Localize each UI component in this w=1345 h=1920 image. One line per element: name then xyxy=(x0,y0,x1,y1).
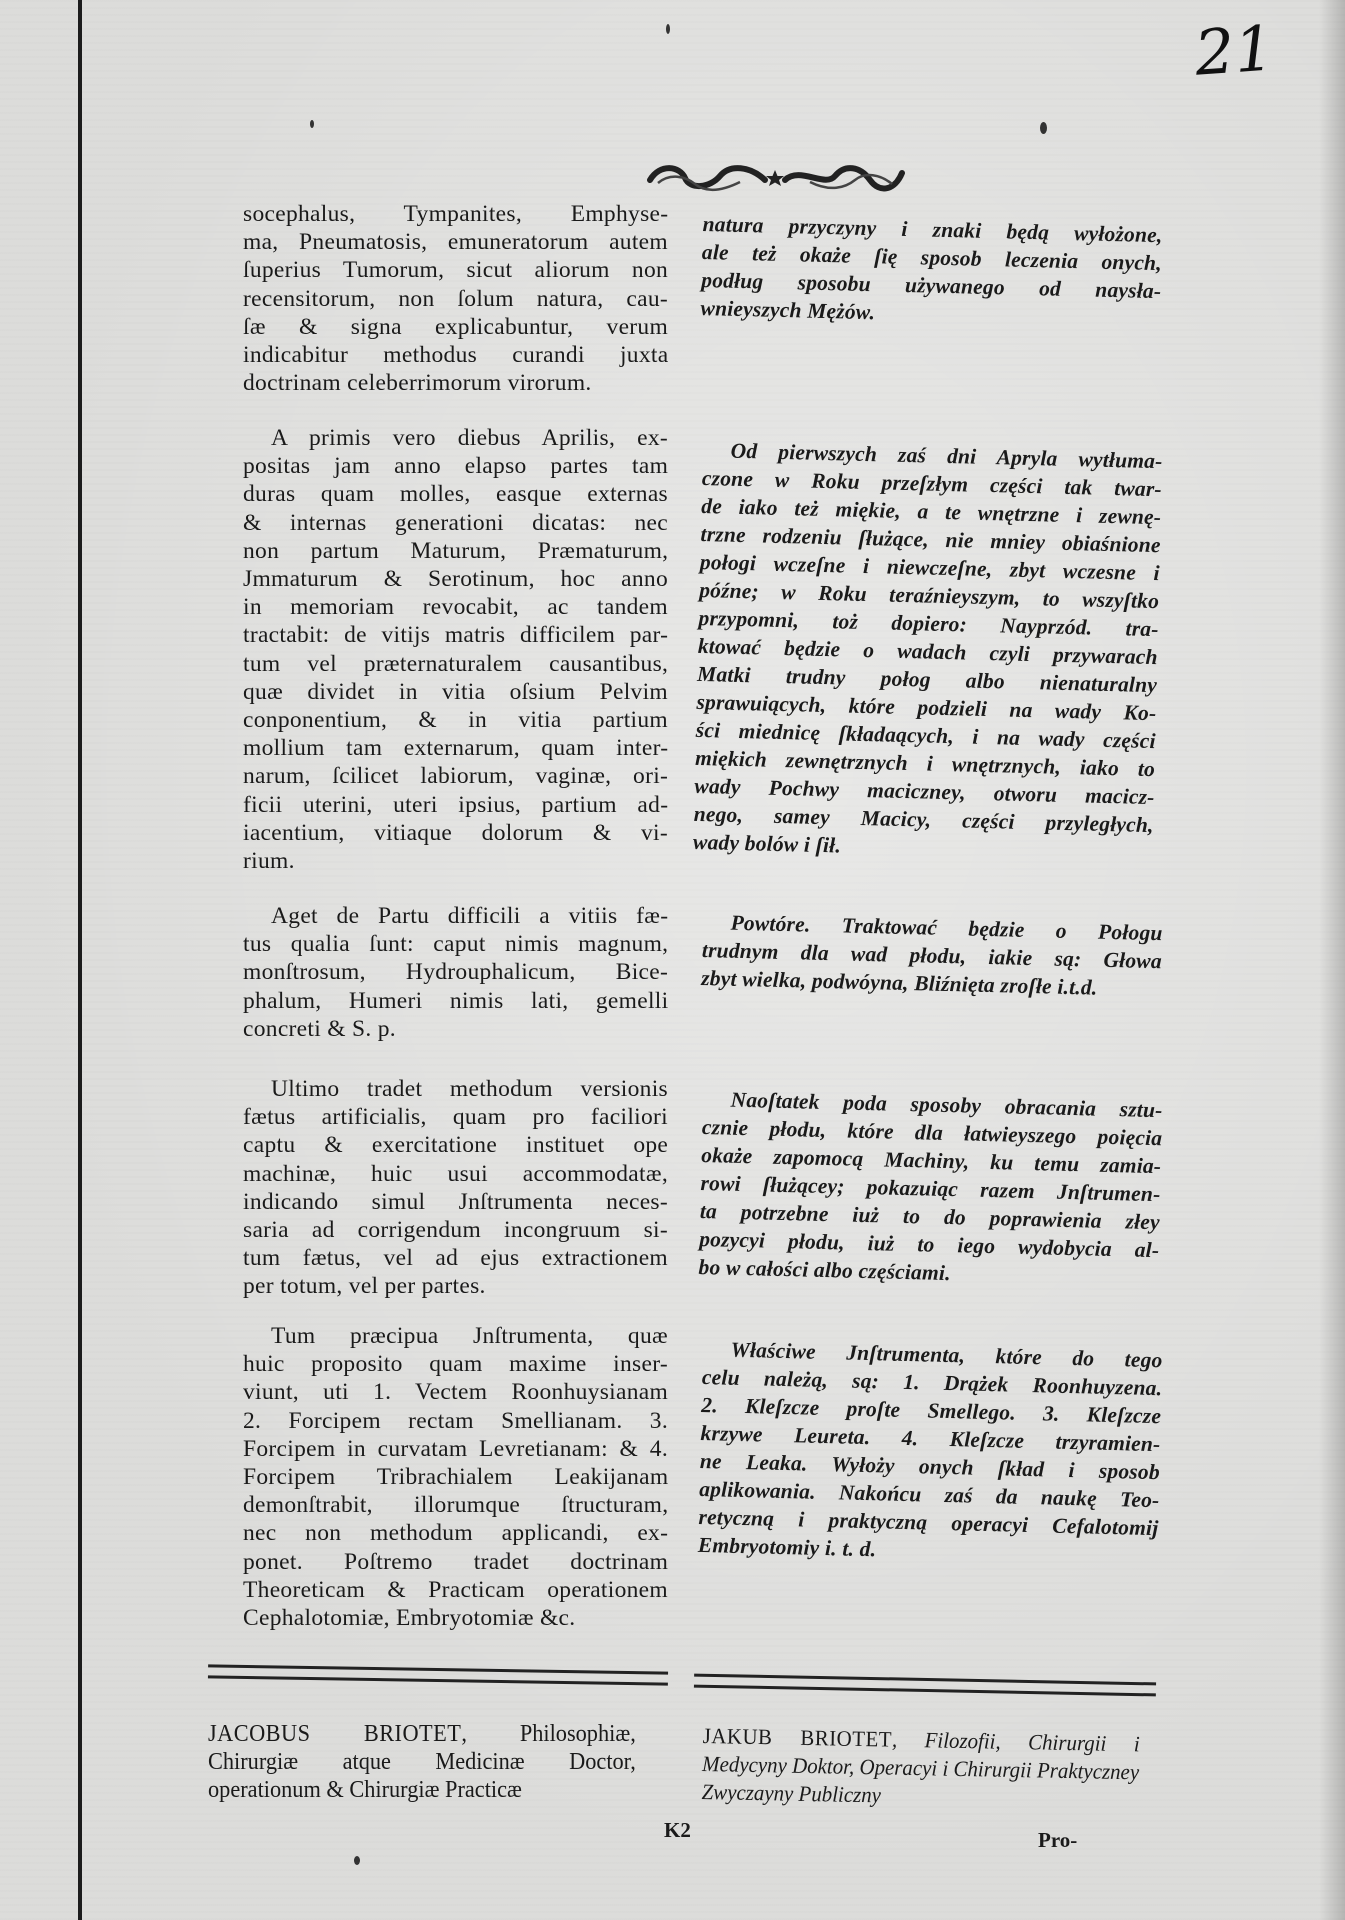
text-line: Forcipem in curvatam Levretianam: & 4. xyxy=(243,1435,668,1463)
text-line: indicando simul Jnſtrumenta neces- xyxy=(243,1188,668,1216)
text-line: ſæ & signa explicabuntur, verum xyxy=(243,313,668,341)
text-line: A primis vero diebus Aprilis, ex- xyxy=(243,424,668,452)
text-line: recensitorum, non ſolum natura, cau- xyxy=(243,285,668,313)
binding-margin-line xyxy=(78,0,82,1920)
polish-column-p4: Naoſtatek poda sposoby obracania sztu-cz… xyxy=(698,1085,1163,1292)
text-line: huic proposito quam maxime inser- xyxy=(243,1350,668,1378)
ink-speck xyxy=(1040,122,1047,134)
text-line: positas jam anno elapso partes tam xyxy=(243,452,668,480)
latin-column-p4: Ultimo tradet methodum versionisfætus ar… xyxy=(243,1075,668,1301)
text-line: in memoriam revocabit, ac tandem xyxy=(243,593,668,621)
double-rule-left xyxy=(208,1664,668,1685)
text-line: mollium tam externarum, quam inter- xyxy=(243,734,668,762)
latin-signature: JACOBUS BRIOTET, Philosophiæ, Chirurgiæ … xyxy=(208,1720,636,1804)
polish-column-p2: Od pierwszych zaś dni Apryla wytłuma-czo… xyxy=(693,436,1163,867)
ink-speck xyxy=(666,24,670,34)
text-line: Tum præcipua Jnſtrumenta, quæ xyxy=(243,1322,668,1350)
text-line: rium. xyxy=(243,847,668,875)
text-line: Aget de Partu difficili a vitiis fæ- xyxy=(243,902,668,930)
text-line: 2. Forcipem rectam Smellianam. 3. xyxy=(243,1407,668,1435)
folio-number: 21 xyxy=(1193,17,1276,84)
text-line: tum vel præternaturalem causantibus, xyxy=(243,650,668,678)
text-line: doctrinam celeberrimorum virorum. xyxy=(243,369,668,397)
text-line: ficii uterini, uteri ipsius, partium ad- xyxy=(243,791,668,819)
ornament-icon xyxy=(640,158,910,198)
text-line: machinæ, huic usui accommodatæ, xyxy=(243,1160,668,1188)
text-line: concreti & S. p. xyxy=(243,1015,668,1043)
ink-speck xyxy=(310,120,314,128)
polish-paragraph-2: Od pierwszych zaś dni Apryla wytłuma-czo… xyxy=(693,436,1163,867)
star-icon xyxy=(766,170,784,186)
text-line: viunt, uti 1. Vectem Roonhuysianam xyxy=(243,1378,668,1406)
double-rule-right xyxy=(694,1674,1156,1697)
text-line: ma, Pneumatosis, emuneratorum autem xyxy=(243,228,668,256)
latin-paragraph-4: Ultimo tradet methodum versionisfætus ar… xyxy=(243,1075,668,1301)
polish-paragraph-4: Naoſtatek poda sposoby obracania sztu-cz… xyxy=(698,1085,1163,1292)
printer-signature-mark: K2 xyxy=(664,1818,691,1843)
ink-speck xyxy=(354,1856,360,1865)
text-line: indicabitur methodus curandi juxta xyxy=(243,341,668,369)
polish-paragraph-1: natura przyczyny i znaki będą wyłożone,a… xyxy=(700,210,1163,333)
polish-paragraph-5: Właściwe Jnſtrumenta, które do tegocelu … xyxy=(698,1335,1163,1570)
text-line: iacentium, vitiaque dolorum & vi- xyxy=(243,819,668,847)
latin-paragraph-1: socephalus, Tympanites, Emphyse-ma, Pneu… xyxy=(243,200,668,397)
page-edge-shadow xyxy=(1319,0,1345,1920)
polish-signature: JAKUB BRIOTET, Filozofii, Chirurgii i Me… xyxy=(701,1722,1140,1814)
text-line: saria ad corrigendum incongruum si- xyxy=(243,1216,668,1244)
latin-column-p2: A primis vero diebus Aprilis, ex-positas… xyxy=(243,424,668,875)
text-line: quæ dividet in vitia oſsium Pelvim xyxy=(243,678,668,706)
text-line: tum fætus, vel ad ejus extractionem xyxy=(243,1244,668,1272)
text-line: ſuperius Tumorum, sicut aliorum non xyxy=(243,256,668,284)
latin-column-p3: Aget de Partu difficili a vitiis fæ-tus … xyxy=(243,902,668,1043)
latin-column-p5: Tum præcipua Jnſtrumenta, quæhuic propos… xyxy=(243,1322,668,1632)
polish-column-p3: Powtóre. Traktować będzie o Połogutrudny… xyxy=(701,908,1163,1003)
polish-signature-name: JAKUB BRIOTET xyxy=(703,1723,893,1752)
text-line: Theoreticam & Practicam operationem xyxy=(243,1576,668,1604)
text-line: Forcipem Tribrachialem Leakijanam xyxy=(243,1463,668,1491)
polish-column-p1: natura przyczyny i znaki będą wyłożone,a… xyxy=(700,210,1163,333)
text-line: socephalus, Tympanites, Emphyse- xyxy=(243,200,668,228)
text-line: nec non methodum applicandi, ex- xyxy=(243,1519,668,1547)
text-line: monſtrosum, Hydrouphalicum, Bice- xyxy=(243,958,668,986)
text-line: narum, ſcilicet labiorum, vaginæ, ori- xyxy=(243,762,668,790)
text-line: fætus artificialis, quam pro faciliori xyxy=(243,1103,668,1131)
polish-paragraph-3: Powtóre. Traktować będzie o Połogutrudny… xyxy=(701,908,1163,1003)
text-line: ponet. Poſtremo tradet doctrinam xyxy=(243,1548,668,1576)
text-line: captu & exercitatione instituet ope xyxy=(243,1131,668,1159)
text-line: duras quam molles, easque externas xyxy=(243,480,668,508)
text-line: non partum Maturum, Præmaturum, xyxy=(243,537,668,565)
text-line: Ultimo tradet methodum versionis xyxy=(243,1075,668,1103)
latin-column: socephalus, Tympanites, Emphyse-ma, Pneu… xyxy=(243,200,668,397)
latin-paragraph-2: A primis vero diebus Aprilis, ex-positas… xyxy=(243,424,668,875)
catchword: Pro- xyxy=(1038,1828,1077,1853)
text-line: tractabit: de vitijs matris difficilem p… xyxy=(243,621,668,649)
latin-paragraph-5: Tum præcipua Jnſtrumenta, quæhuic propos… xyxy=(243,1322,668,1632)
polish-column-p5: Właściwe Jnſtrumenta, które do tegocelu … xyxy=(698,1335,1163,1570)
text-line: Jmmaturum & Serotinum, hoc anno xyxy=(243,565,668,593)
text-line: Cephalotomiæ, Embryotomiæ &c. xyxy=(243,1604,668,1632)
text-line: conponentium, & in vitia partium xyxy=(243,706,668,734)
text-line: & internas generationi dicatas: nec xyxy=(243,509,668,537)
latin-paragraph-3: Aget de Partu difficili a vitiis fæ-tus … xyxy=(243,902,668,1043)
text-line: tus qualia ſunt: caput nimis magnum, xyxy=(243,930,668,958)
latin-signature-name: JACOBUS BRIOTET xyxy=(208,1721,461,1747)
text-line: per totum, vel per partes. xyxy=(243,1272,668,1300)
text-line: phalum, Humeri nimis lati, gemelli xyxy=(243,987,668,1015)
text-line: demonſtrabit, illorumque ſtructuram, xyxy=(243,1491,668,1519)
scanned-page: 21 socephalus, Tympanites, Emphyse-ma, P… xyxy=(0,0,1345,1920)
